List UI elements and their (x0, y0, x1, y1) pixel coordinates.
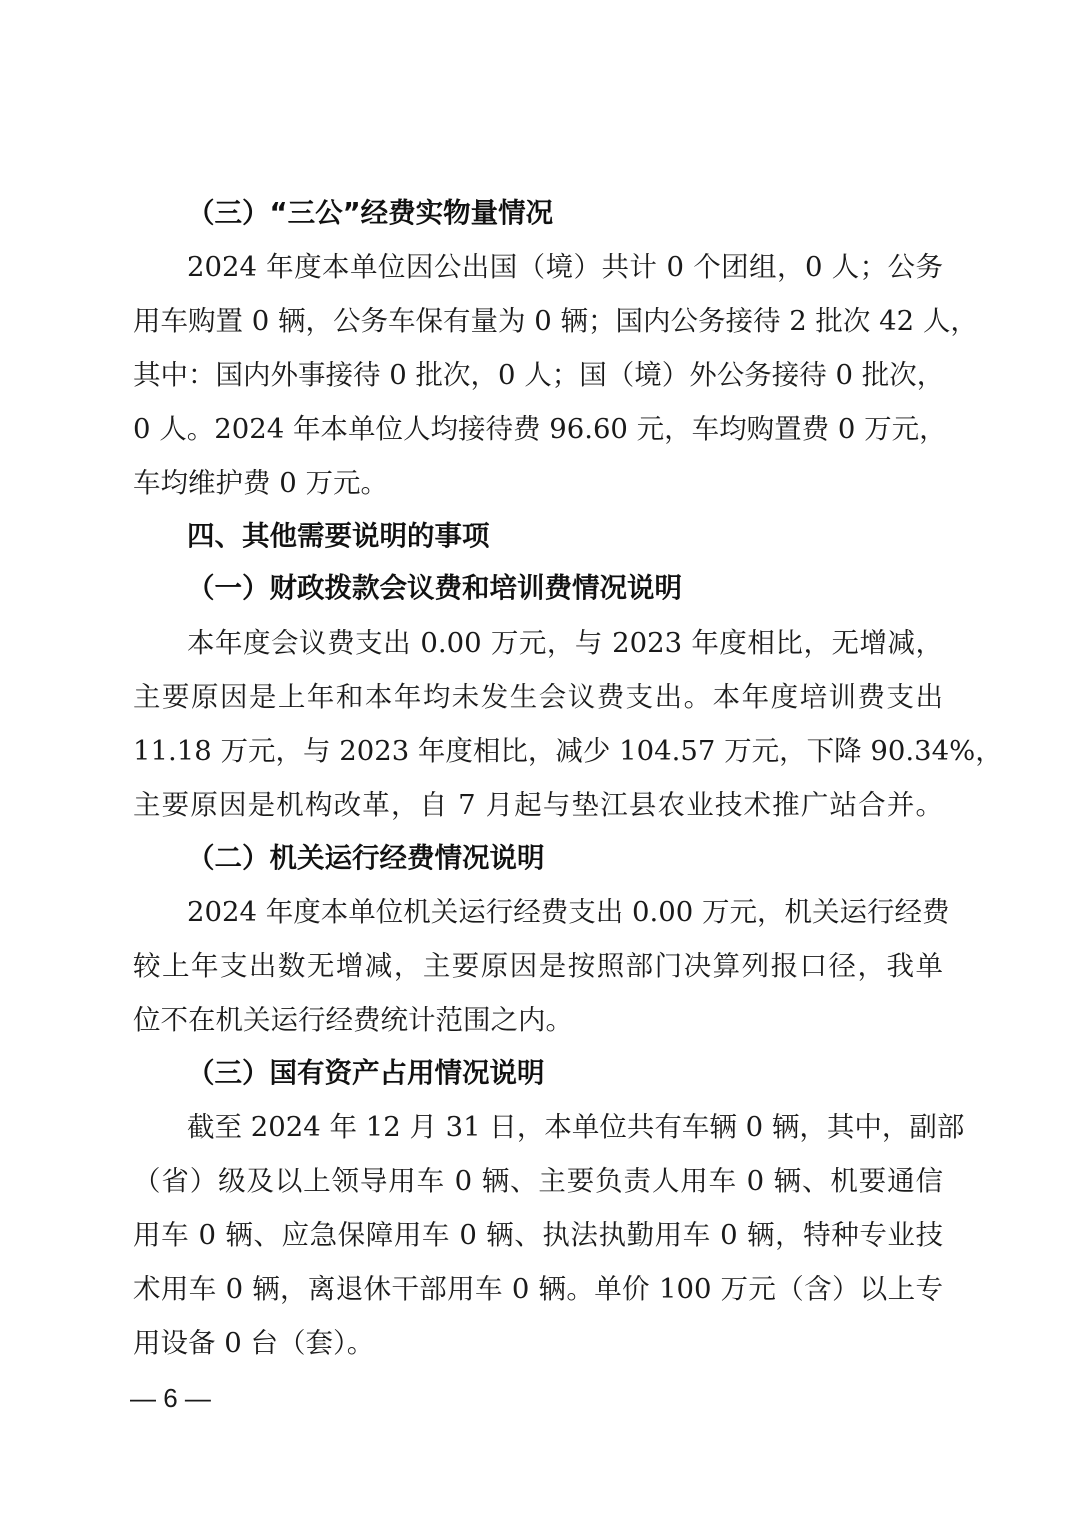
paragraph-line: 2024 年度本单位机关运行经费支出 0.00 万元，机关运行经费 (187, 892, 943, 932)
section-heading-sangong-quantity: （三）“三公”经费实物量情况 (187, 193, 553, 233)
page-number: — 6 — (130, 1378, 211, 1418)
paragraph-line: 2024 年度本单位因公出国（境）共计 0 个团组，0 人；公务 (187, 247, 943, 287)
paragraph-line: 截至 2024 年 12 月 31 日，本单位共有车辆 0 辆，其中，副部 (187, 1107, 943, 1147)
section-heading-meeting-training: （一）财政拨款会议费和培训费情况说明 (187, 568, 682, 608)
paragraph-line: 11.18 万元，与 2023 年度相比，减少 104.57 万元，下降 90.… (133, 731, 943, 771)
paragraph-line: 车均维护费 0 万元。 (133, 463, 943, 503)
paragraph-line: 本年度会议费支出 0.00 万元，与 2023 年度相比，无增减， (187, 623, 943, 663)
paragraph-line: 用车购置 0 辆，公务车保有量为 0 辆；国内公务接待 2 批次 42 人， (133, 301, 943, 341)
paragraph-line: 其中：国内外事接待 0 批次，0 人；国（境）外公务接待 0 批次， (133, 355, 943, 395)
paragraph-line: 主要原因是上年和本年均未发生会议费支出。本年度培训费支出 (133, 677, 943, 717)
section-heading-state-assets: （三）国有资产占用情况说明 (187, 1053, 545, 1093)
document-page: （三）“三公”经费实物量情况 2024 年度本单位因公出国（境）共计 0 个团组… (0, 0, 1075, 1520)
paragraph-line: （省）级及以上领导用车 0 辆、主要负责人用车 0 辆、机要通信 (133, 1161, 943, 1201)
paragraph-line: 0 人。2024 年本单位人均接待费 96.60 元，车均购置费 0 万元， (133, 409, 943, 449)
paragraph-line: 主要原因是机构改革，自 7 月起与垫江县农业技术推广站合并。 (133, 785, 943, 825)
paragraph-line: 用设备 0 台（套）。 (133, 1323, 943, 1363)
paragraph-line: 用车 0 辆、应急保障用车 0 辆、执法执勤用车 0 辆，特种专业技 (133, 1215, 943, 1255)
section-heading-operating-expenses: （二）机关运行经费情况说明 (187, 838, 545, 878)
paragraph-line: 位不在机关运行经费统计范围之内。 (133, 1000, 943, 1040)
paragraph-line: 较上年支出数无增减，主要原因是按照部门决算列报口径，我单 (133, 946, 943, 986)
paragraph-line: 术用车 0 辆，离退休干部用车 0 辆。单价 100 万元（含）以上专 (133, 1269, 943, 1309)
chapter-heading-other-matters: 四、其他需要说明的事项 (187, 516, 490, 556)
